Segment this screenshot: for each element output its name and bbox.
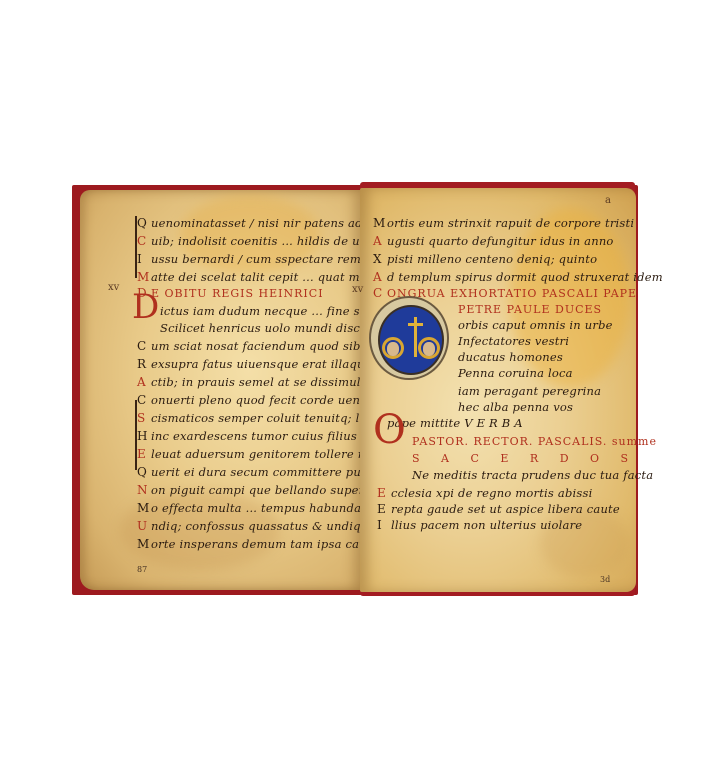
margin-note: xv <box>352 284 363 295</box>
line-initial: M <box>373 216 387 230</box>
text-line: Augusti quarto defungitur idus in anno <box>373 234 614 248</box>
text-line: Penna coruina loca <box>458 366 573 380</box>
line-text: ducatus homones <box>458 350 563 364</box>
text-line: Iussu bernardi / cum sspectare remansit <box>137 252 390 266</box>
line-initial: E <box>137 447 151 461</box>
text-line: Ad templum spirus dormit quod struxerat … <box>373 270 663 284</box>
folio-mark: 87 <box>137 565 147 574</box>
text-line: iam peragant peregrina <box>458 384 601 398</box>
line-initial: Q <box>137 216 151 230</box>
line-initial: H <box>137 429 151 443</box>
text-line: Scismaticos semper coluit tenuitq; liben… <box>137 411 394 425</box>
saint-face-right <box>423 342 435 356</box>
line-text: ONGRUA EXHORTATIO PASCALI PAPE <box>387 287 637 300</box>
text-line: Ne meditis tracta prudens duc tua facta <box>412 468 653 482</box>
line-text: ortis eum strinxit rapuit de corpore tri… <box>387 216 634 230</box>
text-line: Erepta gaude set ut aspice libera caute <box>377 502 620 516</box>
line-text: cismaticos semper coluit tenuitq; libent… <box>151 411 394 425</box>
line-initial: R <box>137 357 151 371</box>
text-line: Non piguit campi que bellando superauit … <box>137 483 396 497</box>
line-text: iam peragant peregrina <box>458 384 601 398</box>
line-initial: I <box>137 252 151 266</box>
line-text: uerit ei dura secum committere pugnam <box>151 465 394 479</box>
line-initial: C <box>137 234 151 248</box>
line-text: onuerti pleno quod fecit corde ueneno <box>151 393 382 407</box>
text-line: Xpisti milleno centeno deniq; quinto <box>373 252 597 266</box>
line-text: orte insperans demum tam ipsa catena <box>151 537 386 551</box>
line-text: ctib; in prauis semel at se dissimulauit <box>151 375 384 389</box>
line-text: pisti milleno centeno deniq; quinto <box>387 252 597 266</box>
text-line: ducatus homones <box>458 350 563 364</box>
line-text: o effecta multa ... tempus habundans <box>151 501 375 515</box>
line-text: d templum spirus dormit quod struxerat i… <box>387 270 663 284</box>
text-line: hec alba penna vos <box>458 400 573 414</box>
line-text: hec alba penna vos <box>458 400 573 414</box>
line-text: PASTOR. RECTOR. PASCALIS. summe <box>412 435 657 448</box>
rubric-line: PETRE PAULE DUCES <box>458 302 602 316</box>
line-text: ugusti quarto defungitur idus in anno <box>387 234 614 248</box>
text-line: Morte insperans demum tam ipsa catena <box>137 537 386 551</box>
rubric-line: PASTOR. RECTOR. PASCALIS. summe <box>412 434 657 448</box>
text-line: Hinc exardescens tumor cuius filius ensi… <box>137 429 392 443</box>
line-initial: N <box>137 483 151 497</box>
line-text: orbis caput omnis in urbe <box>458 318 613 332</box>
line-initial: C <box>373 286 387 300</box>
line-text: llius pacem non ulterius uiolare <box>391 518 582 532</box>
line-text: ussu bernardi / cum sspectare remansit <box>151 252 390 266</box>
line-initial: M <box>137 270 151 284</box>
text-line: Infectatores vestri <box>458 334 569 348</box>
cross-icon-bar <box>408 323 423 326</box>
line-initial: Q <box>137 465 151 479</box>
line-initial: A <box>373 234 387 248</box>
line-text: pape mittite V E R B A <box>387 416 523 430</box>
line-text: uib; indolisit coenitis ... hildis de ur… <box>151 234 380 248</box>
line-text: Ne meditis tracta prudens duc tua facta <box>412 468 653 482</box>
text-line: Illius pacem non ulterius uiolare <box>377 518 582 532</box>
line-initial: E <box>377 486 391 500</box>
verba-line: pape mittite V E R B A <box>387 416 523 430</box>
line-initial: X <box>373 252 387 266</box>
line-initial: A <box>137 375 151 389</box>
decorated-initial: O <box>373 410 406 450</box>
margin-note: xv <box>108 282 119 293</box>
line-initial: E <box>377 502 391 516</box>
text-line: Mortis eum strinxit rapuit de corpore tr… <box>373 216 634 230</box>
text-line: Ecclesia xpi de regno mortis abissi <box>377 486 592 500</box>
decorated-initial: D <box>132 290 159 324</box>
corner-mark: a <box>605 195 611 206</box>
rubric-heading: DE OBITU REGIS HEINRICI <box>137 286 324 300</box>
illuminated-roundel <box>369 296 449 380</box>
text-line: orbis caput omnis in urbe <box>458 318 613 332</box>
line-initial: C <box>137 393 151 407</box>
line-text: PETRE PAULE DUCES <box>458 303 602 316</box>
line-text: cclesia xpi de regno mortis abissi <box>391 486 592 500</box>
rubric-line: S A C E R D O S <box>412 451 637 465</box>
line-text: E OBITU REGIS HEINRICI <box>151 287 324 300</box>
line-initial: M <box>137 537 151 551</box>
line-initial: M <box>137 501 151 515</box>
text-line: Querit ei dura secum committere pugnam <box>137 465 394 479</box>
line-initial: I <box>377 518 391 532</box>
line-text: inc exardescens tumor cuius filius ensis <box>151 429 392 443</box>
saint-face-left <box>387 342 399 356</box>
line-initial: C <box>137 339 151 353</box>
roundel-blue-field <box>378 305 444 375</box>
text-line: Mo effecta multa ... tempus habundans <box>137 501 375 515</box>
line-text: Infectatores vestri <box>458 334 569 348</box>
line-initial: U <box>137 519 151 533</box>
line-text: repta gaude set ut aspice libera caute <box>391 502 620 516</box>
line-initial: A <box>373 270 387 284</box>
line-initial: S <box>137 411 151 425</box>
line-text: on piguit campi que bellando superauit ; <box>151 483 396 497</box>
text-line: Actib; in prauis semel at se dissimulaui… <box>137 375 384 389</box>
text-line: Conuerti pleno quod fecit corde ueneno <box>137 393 382 407</box>
text-line: Rexsupra fatus uiuensque erat illaqueatu… <box>137 357 397 371</box>
line-text: Penna coruina loca <box>458 366 573 380</box>
line-text: S A C E R D O S <box>412 452 637 465</box>
text-line: Cuib; indolisit coenitis ... hildis de u… <box>137 234 380 248</box>
folio-mark: 3d <box>600 575 610 584</box>
